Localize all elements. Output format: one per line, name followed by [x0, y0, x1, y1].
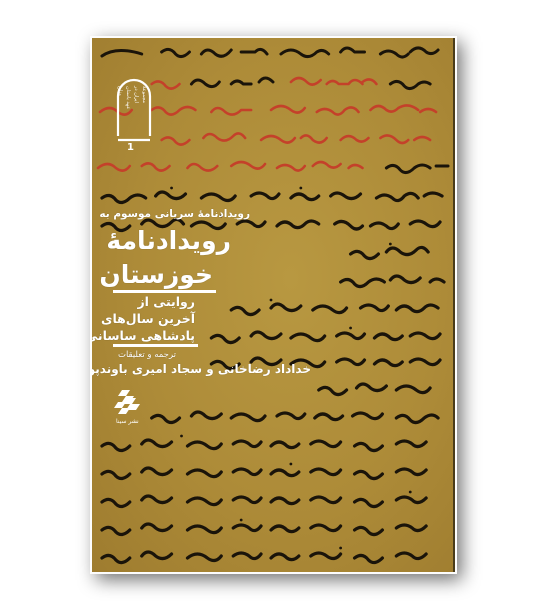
- description-divider: [113, 344, 198, 347]
- book-subtitle: رویدادنامۀ سریانی موسوم به: [99, 208, 250, 220]
- translation-label: ترجمه و تعلیقات: [118, 350, 176, 360]
- book-title-line-2: خوزستان: [99, 260, 213, 289]
- publisher-logo-icon: [114, 388, 142, 418]
- book-title-line-1: رویدادنامۀ: [106, 226, 231, 255]
- translators-names: خداداد رضاخانی و سجاد امیری باوندپور: [92, 362, 311, 376]
- title-divider: [113, 290, 216, 293]
- book-cover: مجموعهٔ ایران در عهد باستان منابع 1 روید…: [90, 36, 457, 574]
- cover-artwork: مجموعهٔ ایران در عهد باستان منابع 1 روید…: [92, 38, 455, 572]
- description-line-3: پادشاهی ساسانی: [92, 328, 195, 343]
- publisher-name: نشر سینا: [116, 418, 139, 425]
- title-block: رویدادنامۀ سریانی موسوم به رویدادنامۀ خو…: [92, 38, 453, 572]
- description-line-1: روایتی از: [137, 294, 195, 309]
- description-line-2: آخرین سال‌های: [101, 311, 195, 326]
